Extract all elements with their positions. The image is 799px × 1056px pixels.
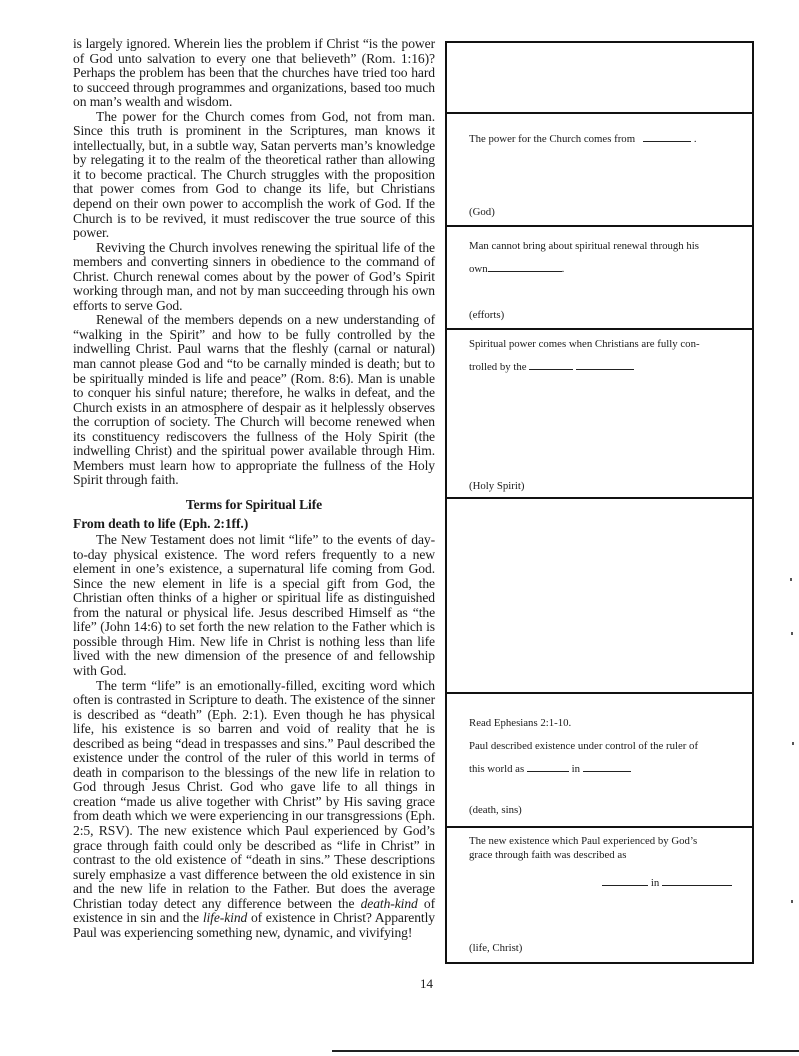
paragraph-2: The power for the Church comes from God,… <box>73 110 435 241</box>
scan-speck <box>791 900 793 903</box>
frame-3-question: Spiritual power comes when Christians ar… <box>469 333 738 379</box>
answer-blank[interactable] <box>529 360 573 370</box>
frame-1-question-text: The power for the Church comes from <box>469 133 635 145</box>
frame-5: Read Ephesians 2:1-10. Paul described ex… <box>447 694 752 828</box>
frame-empty-top <box>447 43 752 114</box>
paragraph-1: is largely ignored. Wherein lies the pro… <box>73 37 435 110</box>
frame-2-answer: (efforts) <box>469 309 504 321</box>
frame-1-answer: (God) <box>469 206 495 218</box>
scan-speck <box>791 632 793 635</box>
subheading: From death to life (Eph. 2:1ff.) <box>73 517 435 532</box>
frame-5-line-3: this world as <box>469 763 524 775</box>
answer-blank[interactable] <box>527 762 569 772</box>
frame-3-answer: (Holy Spirit) <box>469 480 524 492</box>
frame-5-in: in <box>572 763 580 775</box>
programmed-learning-sidebar: The power for the Church comes from . (G… <box>445 41 754 964</box>
answer-blank[interactable] <box>576 360 634 370</box>
frame-1-question: The power for the Church comes from . <box>469 128 738 151</box>
frame-6-answer: (life, Christ) <box>469 942 522 954</box>
frame-6-in: in <box>651 877 659 889</box>
frame-5-line-2: Paul described existence under control o… <box>469 735 738 758</box>
paragraph-4: Renewal of the members depends on a new … <box>73 313 435 488</box>
frame-3: Spiritual power comes when Christians ar… <box>447 330 752 499</box>
page-number: 14 <box>420 976 433 992</box>
paragraph-3: Reviving the Church involves renewing th… <box>73 241 435 314</box>
frame-5-question: Read Ephesians 2:1-10. Paul described ex… <box>469 712 738 781</box>
frame-6-line-2: grace through faith was described as <box>469 848 738 862</box>
frame-3-line-1: Spiritual power comes when Christians ar… <box>469 333 738 356</box>
answer-blank[interactable] <box>643 132 691 142</box>
frame-2-line-2: own <box>469 263 488 275</box>
frame-1: The power for the Church comes from . (G… <box>447 114 752 227</box>
paragraph-6: The term “life” is an emotionally-filled… <box>73 679 435 941</box>
frame-6: The new existence which Paul experienced… <box>447 828 752 964</box>
frame-2-suffix: . <box>562 263 565 275</box>
frame-2-question: Man cannot bring about spiritual renewal… <box>469 235 738 281</box>
scan-speck <box>792 742 794 745</box>
frame-2: Man cannot bring about spiritual renewal… <box>447 227 752 330</box>
answer-blank[interactable] <box>662 876 732 886</box>
emphasis-death-kind: death-kind <box>361 896 418 911</box>
paragraph-5: The New Testament does not limit “life” … <box>73 533 435 678</box>
frame-5-line-1: Read Ephesians 2:1-10. <box>469 712 738 735</box>
answer-blank[interactable] <box>583 762 631 772</box>
emphasis-life-kind: life-kind <box>203 910 247 925</box>
frame-2-line-1: Man cannot bring about spiritual renewal… <box>469 235 738 258</box>
main-text-column: is largely ignored. Wherein lies the pro… <box>73 37 435 940</box>
frame-3-line-2: trolled by the <box>469 361 527 373</box>
frame-5-answer: (death, sins) <box>469 804 522 816</box>
section-heading: Terms for Spiritual Life <box>73 498 435 513</box>
frame-1-suffix: . <box>694 133 697 145</box>
frame-empty-middle <box>447 499 752 694</box>
answer-blank[interactable] <box>602 876 648 886</box>
frame-6-line-1: The new existence which Paul experienced… <box>469 834 738 848</box>
frame-6-question: The new existence which Paul experienced… <box>469 834 738 890</box>
paragraph-6-text: The term “life” is an emotionally-filled… <box>73 678 435 911</box>
answer-blank[interactable] <box>488 262 562 272</box>
bottom-rule <box>332 1050 799 1052</box>
scan-speck <box>790 578 792 581</box>
